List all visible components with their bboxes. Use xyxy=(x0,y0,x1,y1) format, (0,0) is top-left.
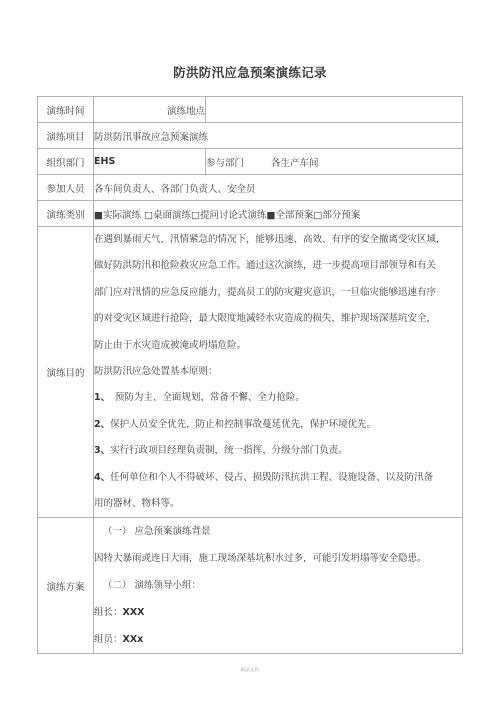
text-line: 做好防洪防汛和抢险救灾应急工作。通过这次演练，进一步提高项目部领导和有关 xyxy=(94,253,462,279)
drill-project-label: 演练项目 xyxy=(38,123,94,149)
participate-dept-value: 各生产车间 xyxy=(271,158,319,169)
text-line: 防洪防汛应急处置基本原则： xyxy=(94,359,462,385)
text-line: 2、保护人员安全优先，防止和控制事故蔓延优先，保护环境优先。 xyxy=(94,412,462,438)
text-line: 在遇到暴雨天气，汛情紧急的情况下，能够迅速、高效、有序的安全撤离受灾区域， xyxy=(94,227,462,253)
org-dept-value: EHS xyxy=(94,149,206,175)
text-line: 用的器材、物料等。 xyxy=(94,491,462,517)
text-line: （二） 演练领导小组： xyxy=(94,572,462,599)
text-line: 的对受灾区域进行抢险，最大限度地减轻水灾造成的损失，维护现场深基坑安全， xyxy=(94,306,462,332)
drill-category-checkboxes: ■实际演练 □桌面演练□提问讨论式演练■全部预案□部分预案 xyxy=(94,201,463,227)
drill-record-table: 演练时间 演练地点 演练项目 防洪防汛事故应急预案演练 组织部门 EHS 参与部… xyxy=(37,96,463,654)
participants-value: 各车间负责人、各部门负责人、安全员 xyxy=(94,175,463,201)
row-org-dept: 组织部门 EHS 参与部门 各生产车间 xyxy=(38,149,463,175)
text-line: 3、实行行政项目经理负责制，统一指挥、分级分部门负责。 xyxy=(94,438,462,464)
page-title: 防洪防汛应急预案演练记录 xyxy=(0,63,500,81)
drill-location-label: 演练地点 xyxy=(94,97,206,123)
drill-time-label: 演练时间 xyxy=(38,97,94,123)
participants-label: 参加人员 xyxy=(38,175,94,201)
row-drill-category: 演练类别 ■实际演练 □桌面演练□提问讨论式演练■全部预案□部分预案 xyxy=(38,201,463,227)
footer-watermark: 精品文档 xyxy=(0,666,500,681)
text-line: 组员：XXx xyxy=(94,626,462,653)
drill-purpose-text: 在遇到暴雨天气，汛情紧急的情况下，能够迅速、高效、有序的安全撤离受灾区域，做好防… xyxy=(94,227,463,518)
row-drill-purpose: 演练目的 在遇到暴雨天气，汛情紧急的情况下，能够迅速、高效、有序的安全撤离受灾区… xyxy=(38,227,463,518)
drill-project-value: 防洪防汛事故应急预案演练 xyxy=(94,123,463,149)
text-line: 组长：XXX xyxy=(94,599,462,626)
drill-location-value xyxy=(206,97,463,123)
drill-purpose-label: 演练目的 xyxy=(38,227,94,518)
text-line: 防止由于水灾造成被淹或坍塌危险。 xyxy=(94,333,462,359)
document-page: 防洪防汛应急预案演练记录 演练时间 演练地点 演练项目 防洪防汛事故应急预案演练… xyxy=(0,0,500,708)
text-line: 因特大暴雨或连日大雨，施工现场深基坑积水过多，可能引发坍塌等安全隐患。 xyxy=(94,545,462,572)
drill-category-label: 演练类别 xyxy=(38,201,94,227)
participate-dept-cell: 参与部门 各生产车间 xyxy=(206,149,463,175)
text-line: 部门应对汛情的应急反应能力，提高员工的防灾避灾意识，一旦临灾能够迅速有序 xyxy=(94,280,462,306)
participate-dept-label: 参与部门 xyxy=(206,158,244,169)
text-line: 4、任何单位和个人不得破坏、侵占、损毁防汛抗洪工程、设施设备、以及防汛备 xyxy=(94,465,462,491)
row-drill-project: 演练项目 防洪防汛事故应急预案演练 xyxy=(38,123,463,149)
text-line: （一） 应急预案演练背景 xyxy=(94,518,462,545)
row-drill-time: 演练时间 演练地点 xyxy=(38,97,463,123)
text-line: 1、 预防为主、全面规划、常备不懈、全力抢险。 xyxy=(94,385,462,411)
row-participants: 参加人员 各车间负责人、各部门负责人、安全员 xyxy=(38,175,463,201)
org-dept-label: 组织部门 xyxy=(38,149,94,175)
drill-plan-label: 演练方案 xyxy=(38,518,94,654)
drill-plan-text: （一） 应急预案演练背景因特大暴雨或连日大雨，施工现场深基坑积水过多，可能引发坍… xyxy=(94,518,463,654)
row-drill-plan: 演练方案 （一） 应急预案演练背景因特大暴雨或连日大雨，施工现场深基坑积水过多，… xyxy=(38,518,463,654)
